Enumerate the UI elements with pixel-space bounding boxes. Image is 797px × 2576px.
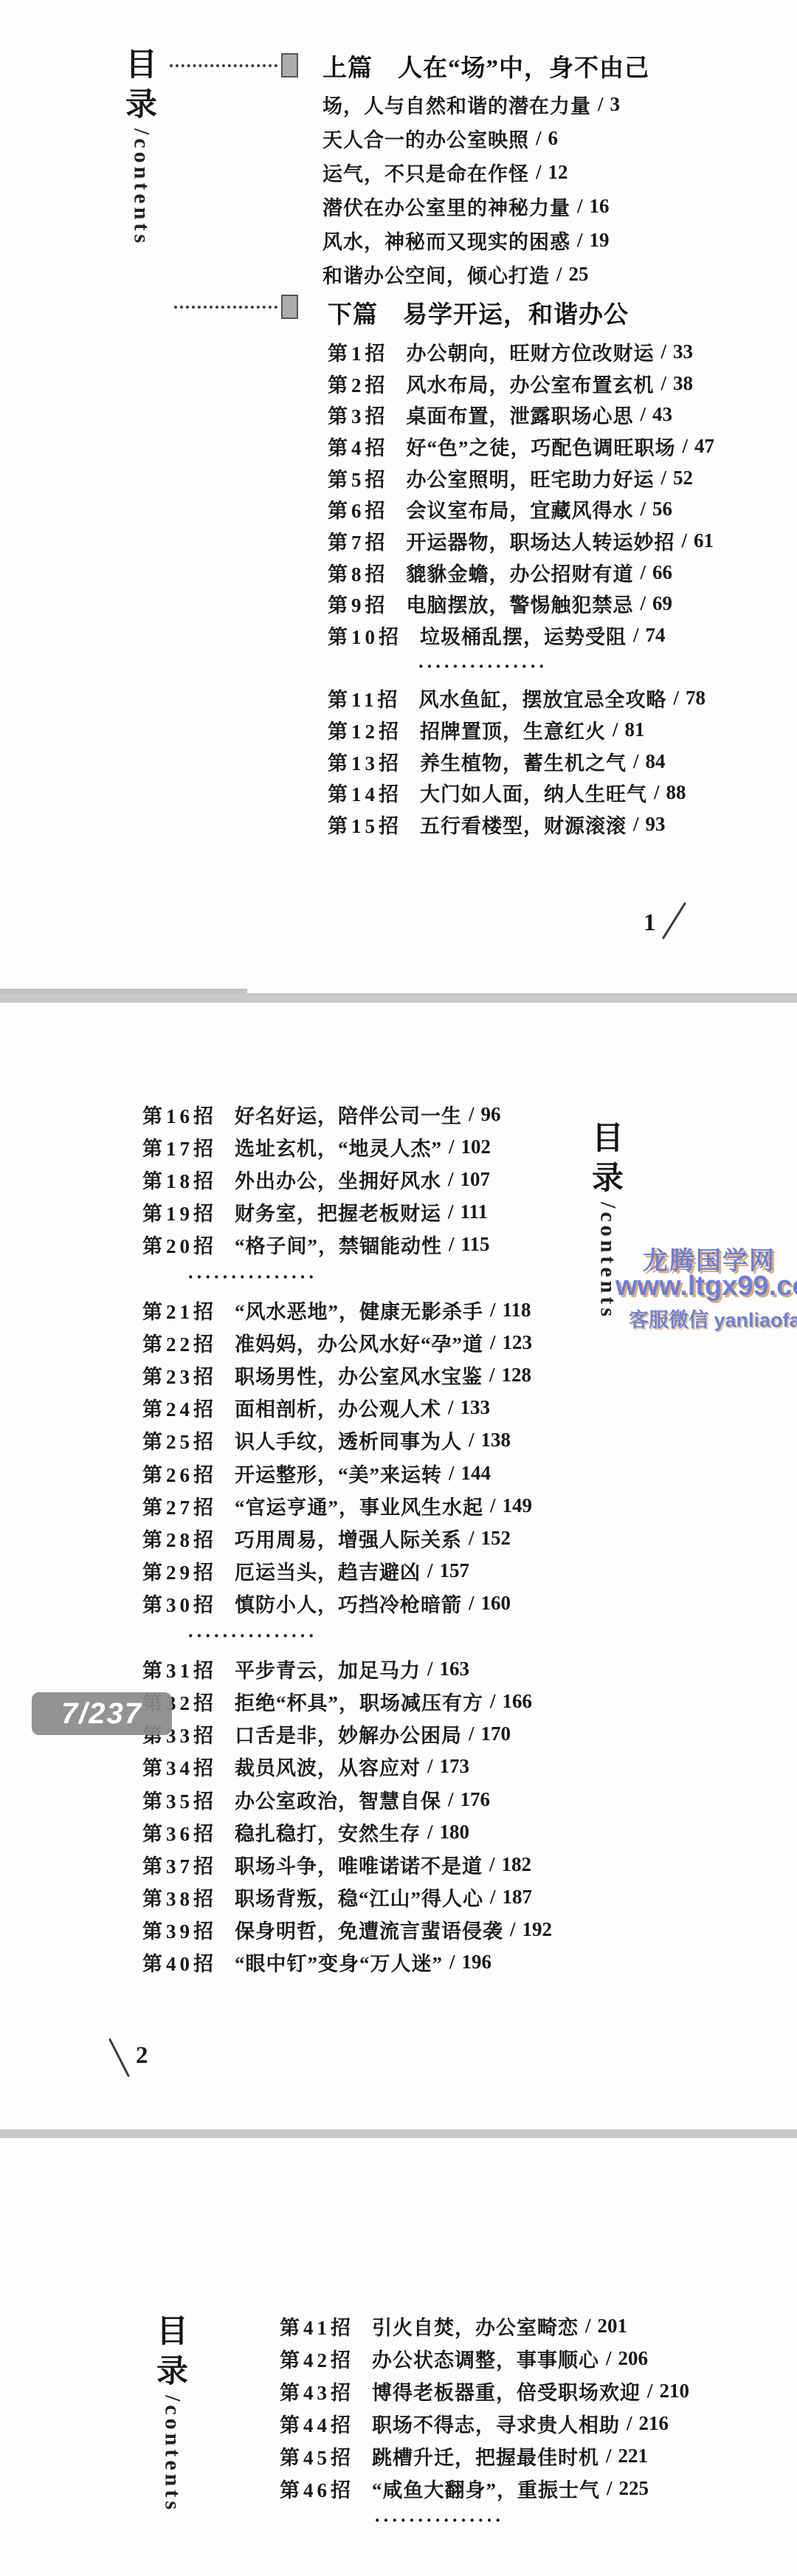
entry-separator: /: [469, 1723, 475, 1745]
page-number: 1: [644, 910, 656, 937]
contents-header-en: /contents: [596, 1202, 621, 1320]
entry-title: 职场背叛，稳“江山”得人心: [235, 1883, 483, 1912]
entry-separator: /: [510, 1918, 516, 1941]
entry-page-ref: 78: [686, 687, 705, 710]
entry-title: 养生植物，蓄生机之气: [420, 747, 627, 776]
entry-page-ref: 118: [503, 1299, 531, 1322]
entry-separator: /: [449, 1233, 455, 1256]
toc-entry: 第39招保身明哲，免遭流言蜚语侵袭/192: [142, 1914, 552, 1946]
entry-title: 平步青云，加足马力: [235, 1655, 421, 1683]
entry-title: 慎防小人，巧挡冷枪暗箭: [235, 1589, 462, 1618]
entry-page-ref: 74: [646, 624, 666, 647]
entry-separator: /: [598, 93, 604, 116]
toc-entry: 第22招准妈妈，办公风水好“孕”道/123: [142, 1326, 552, 1359]
entry-separator: /: [585, 2315, 591, 2338]
entry-title: 风水鱼缸，摆放宜忌全攻略: [419, 684, 667, 712]
toc-entry: 第24招面相剖析，办公观人术/133: [142, 1392, 552, 1424]
entry-title: 潜伏在办公室里的神秘力量: [322, 192, 570, 221]
entry-title: 好“色”之徒，巧配色调旺职场: [407, 432, 676, 461]
entry-page-ref: 96: [481, 1103, 501, 1126]
entry-page-ref: 38: [673, 372, 693, 395]
entry-page-ref: 128: [502, 1364, 532, 1387]
section-heading: 下篇 易学开运，和谐办公: [328, 295, 629, 330]
entry-separator: /: [536, 161, 542, 184]
toc-entry: 第38招职场背叛，稳“江山”得人心/187: [142, 1881, 552, 1914]
entry-label: 第28招: [142, 1524, 217, 1553]
entry-label: 第34招: [142, 1752, 217, 1781]
entry-title: 引火自焚，办公室畸恋: [372, 2312, 579, 2340]
entry-title: 面相剖析，办公观人术: [235, 1393, 441, 1422]
contents-header-cn-char: 目: [156, 2312, 188, 2352]
entry-separator: /: [536, 127, 542, 150]
entry-separator: /: [448, 1168, 454, 1191]
entry-title: 电脑摆放，警惕触犯禁忌: [407, 589, 634, 618]
entry-separator: /: [627, 2412, 632, 2435]
entry-title: “咸鱼大翻身”，重振士气: [372, 2474, 600, 2503]
entry-separator: /: [661, 372, 667, 395]
entry-separator: /: [606, 2347, 612, 2370]
entry-title: 跳槽升迁，把握最佳时机: [372, 2442, 599, 2470]
entry-label: 第31招: [142, 1655, 217, 1683]
entry-separator: /: [448, 1788, 454, 1811]
entry-separator: /: [490, 1494, 496, 1517]
toc-entry: 第35招办公室政治，智慧自保/176: [142, 1783, 552, 1816]
entry-title: “眼中钉”变身“万人迷”: [235, 1948, 443, 1976]
entry-separator: /: [577, 195, 583, 218]
entry-page-ref: 111: [460, 1201, 489, 1223]
toc-ellipsis-row: ···············: [280, 2504, 689, 2537]
entry-separator: /: [633, 750, 639, 773]
entry-title: 风水，神秘而又现实的困惑: [322, 226, 570, 255]
contents-header-cn-char: 目: [592, 1119, 624, 1159]
page-number-slash: [662, 902, 686, 940]
entry-separator: /: [469, 1429, 475, 1452]
entry-separator: /: [490, 1331, 496, 1354]
entry-separator: /: [427, 1658, 433, 1680]
entry-label: 第27招: [142, 1491, 217, 1520]
entry-title: 拒绝“杯具”，职场减压有方: [235, 1687, 483, 1716]
toc-entry: 第14招大门如人面，纳人生旺气/88: [328, 777, 714, 809]
toc-entry: 第6招会议室布局，宜藏风得水/56: [328, 493, 714, 525]
entry-title: 职场不得志，寻求贵人相助: [372, 2409, 620, 2438]
entry-title: 巧用周易，增强人际关系: [235, 1524, 462, 1553]
entry-separator: /: [489, 1853, 495, 1876]
entry-separator: /: [449, 1951, 455, 1974]
entry-page-ref: 210: [660, 2380, 690, 2402]
section-leader: [170, 53, 298, 78]
toc-entry: 第43招博得老板器重，倍受职场欢迎/210: [280, 2374, 689, 2407]
entry-page-ref: 149: [503, 1494, 533, 1517]
toc-entry: 第36招稳扎稳打，安然生存/180: [142, 1816, 552, 1848]
entry-title: 职场斗争，唯唯诺诺不是道: [235, 1850, 483, 1879]
entry-label: 第23招: [142, 1361, 217, 1390]
page-number: 2: [136, 2042, 148, 2070]
entry-title: 会议室布局，宜藏风得水: [407, 495, 634, 523]
toc-entry: 第13招养生植物，蓄生机之气/84: [328, 746, 714, 777]
entry-separator: /: [613, 718, 618, 741]
entry-title: 博得老板器重，倍受职场欢迎: [372, 2377, 641, 2405]
toc-list: 第41招引火自焚，办公室畸恋/201第42招办公状态调整，事事顺心/206第43…: [280, 2309, 689, 2537]
entry-label: 第45招: [280, 2442, 354, 2470]
entry-title: 貔貅金蟾，办公招财有道: [407, 558, 634, 587]
entry-label: 第39招: [142, 1915, 217, 1944]
entry-title: “官运亨通”，事业风生水起: [235, 1491, 483, 1520]
entry-label: 第26招: [142, 1459, 217, 1488]
entry-label: 第40招: [142, 1948, 217, 1976]
entry-page-ref: 173: [440, 1755, 470, 1778]
entry-title: 外出办公，坐拥好风水: [235, 1165, 441, 1194]
entry-separator: /: [633, 813, 639, 836]
toc-entry: 第5招办公室照明，旺宅助力好运/52: [328, 462, 714, 494]
entry-separator: /: [641, 561, 646, 584]
entry-label: 第36招: [142, 1818, 217, 1847]
toc-list: 第1招办公朝向，旺财方位改财运/33第2招风水布局，办公室布置玄机/38第3招桌…: [328, 336, 714, 840]
toc-entry: 第19招财务室，把握老板财运/111: [142, 1196, 552, 1229]
contents-header-cn-char: 录: [125, 86, 157, 126]
entry-title: 办公朝向，旺财方位改财运: [407, 337, 655, 366]
entry-title: 办公室照明，旺宅助力好运: [407, 464, 655, 492]
entry-title: 五行看楼型，财源滚滚: [420, 810, 627, 839]
entry-label: 第29招: [142, 1556, 217, 1585]
entry-label: 第37招: [142, 1850, 217, 1879]
entry-page-ref: 69: [652, 592, 672, 615]
toc-entry: 第33招口舌是非，妙解办公困局/170: [142, 1718, 552, 1751]
entry-page-ref: 123: [503, 1331, 533, 1354]
toc-entry: 天人合一的办公室映照/6: [322, 121, 620, 155]
entry-label: 第20招: [142, 1230, 217, 1259]
toc-entry: 第15招五行看楼型，财源滚滚/93: [328, 808, 714, 840]
entry-label: 第6招: [328, 495, 389, 523]
document-viewer-screen: 目 录 /contents 上篇 人在“场”中，身不由己 场，人与自然和谐的潜在…: [0, 0, 797, 2576]
entry-title: 财务室，把握老板财运: [235, 1198, 441, 1226]
entry-separator: /: [654, 781, 660, 804]
entry-title: 厄运当头，趋吉避凶: [235, 1556, 421, 1585]
toc-entry: 第8招貔貅金蟾，办公招财有道/66: [328, 557, 714, 588]
entry-title: 风水布局，办公室布置玄机: [407, 369, 655, 398]
section-box-icon: [281, 53, 298, 78]
contents-header: 目 录 /contents: [156, 2312, 188, 2513]
entry-separator: /: [633, 624, 639, 647]
entry-title: 大门如人面，纳人生旺气: [420, 778, 647, 807]
section-leader: [174, 295, 298, 319]
entry-page-ref: 81: [625, 718, 645, 741]
entry-page-ref: 84: [646, 750, 666, 773]
entry-page-ref: 144: [461, 1462, 491, 1485]
toc-entry: 第25招识人手纹，透析同事为人/138: [142, 1424, 552, 1457]
entry-label: 第38招: [142, 1883, 217, 1912]
entry-label: 第3招: [328, 400, 389, 429]
entry-page-ref: 88: [666, 781, 686, 804]
entry-label: 第8招: [328, 558, 389, 587]
entry-title: 场，人与自然和谐的潜在力量: [322, 90, 591, 119]
page-separator-bar: [0, 2129, 797, 2138]
entry-page-ref: 61: [694, 529, 714, 552]
entry-page-ref: 107: [460, 1168, 491, 1191]
entry-label: 第13招: [328, 747, 402, 776]
entry-label: 第11招: [328, 684, 401, 712]
dotted-leader-line: [174, 306, 277, 309]
entry-page-ref: 19: [590, 229, 610, 252]
entry-title: 办公室政治，智慧自保: [235, 1785, 441, 1814]
entry-separator: /: [577, 229, 583, 252]
entry-page-ref: 187: [503, 1886, 533, 1909]
entry-separator: /: [469, 1103, 475, 1126]
entry-separator: /: [490, 1886, 496, 1909]
entry-label: 第16招: [142, 1100, 217, 1129]
contents-header-cn-char: 录: [156, 2352, 188, 2392]
toc-entry: 第37招职场斗争，唯唯诺诺不是道/182: [142, 1848, 552, 1881]
contents-header-cn-char: 录: [592, 1159, 624, 1199]
entry-separator: /: [661, 467, 667, 490]
entry-page-ref: 192: [522, 1918, 553, 1941]
entry-page-ref: 66: [652, 561, 672, 584]
entry-label: 第10招: [328, 621, 402, 650]
toc-entry: 第18招外出办公，坐拥好风水/107: [142, 1163, 552, 1195]
toc-entry: 第2招风水布局，办公室布置玄机/38: [328, 368, 714, 399]
entry-page-ref: 12: [548, 161, 568, 184]
entry-separator: /: [449, 1136, 455, 1158]
entry-label: 第30招: [142, 1589, 217, 1618]
toc-ellipsis-row: ···············: [142, 1261, 552, 1294]
toc-entry: 第3招桌面布置，泄露职场心思/43: [328, 399, 714, 430]
entry-label: 第43招: [280, 2377, 354, 2405]
entry-page-ref: 6: [548, 127, 559, 150]
toc-entry: 第34招裁员风波，从容应对/173: [142, 1751, 552, 1783]
entry-separator: /: [449, 1462, 455, 1485]
entry-title: 垃圾桶乱摆，运势受阻: [420, 621, 627, 650]
entry-separator: /: [490, 1690, 496, 1713]
toc-entry: 第12招招牌置顶，生意红火/81: [328, 714, 714, 746]
entry-label: 第22招: [142, 1328, 217, 1357]
page-counter-badge: 7/237: [32, 1692, 172, 1735]
toc-entry: 第46招“咸鱼大翻身”，重振士气/225: [280, 2472, 689, 2504]
page-number-slash: [108, 2038, 130, 2077]
entry-title: 口舌是非，妙解办公困局: [235, 1720, 462, 1748]
entry-page-ref: 225: [619, 2477, 649, 2500]
entry-page-ref: 47: [694, 435, 714, 458]
entry-page-ref: 43: [652, 403, 672, 426]
entry-label: 第42招: [280, 2344, 354, 2373]
entry-page-ref: 56: [652, 498, 672, 521]
entry-title: 和谐办公空间，倾心打造: [322, 260, 550, 289]
entry-label: 第7招: [328, 526, 389, 555]
entry-page-ref: 157: [440, 1559, 470, 1582]
entry-label: 第2招: [328, 369, 389, 398]
entry-page-ref: 52: [673, 467, 693, 490]
entry-label: 第18招: [142, 1165, 217, 1194]
entry-page-ref: 16: [590, 195, 610, 218]
entry-label: 第12招: [328, 715, 402, 744]
entry-title: 招牌置顶，生意红火: [420, 715, 606, 744]
toc-entry: 第29招厄运当头，趋吉避凶/157: [142, 1555, 552, 1587]
toc-entry: 运气，不只是命在作怪/12: [322, 155, 620, 189]
section-box-icon: [281, 295, 298, 319]
toc-entry: 第42招办公状态调整，事事顺心/206: [280, 2342, 689, 2374]
page-separator-bar: [0, 993, 797, 1003]
toc-list: 第16招好名好运，陪伴公司一生/96第17招选址玄机，“地灵人杰”/102第18…: [142, 1098, 552, 1979]
dotted-leader-line: [170, 64, 277, 67]
entry-label: 第4招: [328, 432, 389, 461]
entry-page-ref: 133: [460, 1396, 491, 1419]
entry-title: 桌面布置，泄露职场心思: [407, 400, 634, 429]
toc-entry: 第11招风水鱼缸，摆放宜忌全攻略/78: [328, 683, 714, 715]
entry-title: 裁员风波，从容应对: [235, 1752, 421, 1781]
entry-separator: /: [661, 340, 667, 363]
entry-title: 开运整形，“美”来运转: [235, 1459, 442, 1488]
entry-label: 第1招: [328, 337, 389, 366]
entry-page-ref: 170: [481, 1723, 511, 1745]
entry-label: 第44招: [280, 2409, 354, 2438]
entry-separator: /: [682, 529, 688, 552]
toc-ellipsis-row: ···············: [328, 651, 714, 683]
toc-entry: 第28招巧用周易，增强人际关系/152: [142, 1522, 552, 1554]
entry-title: 运气，不只是命在作怪: [322, 158, 529, 187]
entry-title: 职场男性，办公室风水宝鉴: [235, 1361, 483, 1390]
entry-page-ref: 163: [440, 1658, 470, 1680]
contents-header-en: /contents: [129, 128, 154, 247]
entry-page-ref: 176: [460, 1788, 491, 1811]
entry-separator: /: [448, 1201, 454, 1223]
entry-separator: /: [606, 2445, 612, 2467]
entry-separator: /: [448, 1396, 454, 1419]
entry-page-ref: 216: [639, 2412, 669, 2435]
entry-separator: /: [490, 1299, 496, 1322]
entry-label: 第46招: [280, 2474, 354, 2503]
toc-entry: 第1招办公朝向，旺财方位改财运/33: [328, 336, 714, 368]
toc-entry: 场，人与自然和谐的潜在力量/3: [322, 87, 620, 121]
entry-separator: /: [427, 1821, 433, 1844]
entry-label: 第15招: [328, 810, 402, 839]
entry-title: 保身明哲，免遭流言蜚语侵袭: [235, 1915, 503, 1944]
entry-label: 第19招: [142, 1198, 217, 1226]
toc-entry: 第44招职场不得志，寻求贵人相助/216: [280, 2407, 689, 2439]
entry-label: 第5招: [328, 464, 389, 492]
entry-label: 第41招: [280, 2312, 354, 2340]
entry-label: 第24招: [142, 1393, 217, 1422]
entry-page-ref: 182: [502, 1853, 532, 1876]
entry-title: “格子间”，禁锢能动性: [235, 1230, 442, 1259]
entry-page-ref: 180: [440, 1821, 470, 1844]
contents-header-cn-char: 目: [125, 46, 157, 86]
toc-ellipsis-row: ···············: [142, 1620, 552, 1652]
entry-title: 好名好运，陪伴公司一生: [235, 1100, 462, 1129]
entry-label: 第17招: [142, 1133, 217, 1161]
entry-separator: /: [641, 403, 646, 426]
entry-separator: /: [641, 592, 646, 615]
toc-entry: 第27招“官运亨通”，事业风生水起/149: [142, 1489, 552, 1522]
toc-entry: 和谐办公空间，倾心打造/25: [322, 257, 620, 291]
toc-entry: 第23招职场男性，办公室风水宝鉴/128: [142, 1359, 552, 1392]
toc-entry: 第26招开运整形，“美”来运转/144: [142, 1457, 552, 1489]
entry-separator: /: [469, 1592, 475, 1615]
entry-page-ref: 138: [481, 1429, 511, 1452]
entry-page-ref: 160: [481, 1592, 511, 1615]
entry-label: 第9招: [328, 589, 389, 618]
contents-header-en: /contents: [160, 2395, 185, 2513]
toc-list: 场，人与自然和谐的潜在力量/3天人合一的办公室映照/6运气，不只是命在作怪/12…: [322, 87, 620, 291]
toc-entry: 第40招“眼中钉”变身“万人迷”/196: [142, 1946, 552, 1979]
entry-page-ref: 221: [618, 2445, 649, 2467]
entry-separator: /: [607, 2477, 613, 2500]
entry-title: 选址玄机，“地灵人杰”: [235, 1133, 442, 1161]
toc-entry: 第45招跳槽升迁，把握最佳时机/221: [280, 2439, 689, 2472]
entry-label: 第21招: [142, 1296, 217, 1325]
entry-separator: /: [641, 498, 646, 521]
entry-page-ref: 102: [461, 1136, 491, 1158]
entry-title: 开运器物，职场达人转运妙招: [407, 526, 675, 555]
toc-entry: 第16招好名好运，陪伴公司一生/96: [142, 1098, 552, 1130]
entry-separator: /: [674, 687, 680, 710]
entry-separator: /: [469, 1527, 475, 1550]
entry-page-ref: 166: [503, 1690, 533, 1713]
toc-entry: 第20招“格子间”，禁锢能动性/115: [142, 1229, 552, 1261]
toc-entry: 潜伏在办公室里的神秘力量/16: [322, 189, 620, 223]
entry-label: 第35招: [142, 1785, 217, 1814]
watermark-contact: 客服微信 yanliaofan225: [629, 1304, 797, 1333]
toc-entry: 第7招开运器物，职场达人转运妙招/61: [328, 525, 714, 557]
toc-entry: 风水，神秘而又现实的困惑/19: [322, 223, 620, 257]
toc-entry: 第17招选址玄机，“地灵人杰”/102: [142, 1130, 552, 1163]
entry-page-ref: 152: [481, 1527, 511, 1550]
toc-entry: 第4招好“色”之徒，巧配色调旺职场/47: [328, 430, 714, 462]
entry-page-ref: 206: [618, 2347, 649, 2370]
toc-entry: 第9招电脑摆放，警惕触犯禁忌/69: [328, 588, 714, 620]
entry-title: “风水恶地”，健康无影杀手: [235, 1296, 483, 1325]
watermark-url: www.ltgx99.com: [615, 1271, 797, 1302]
entry-title: 天人合一的办公室映照: [322, 124, 529, 153]
entry-page-ref: 33: [673, 340, 693, 363]
toc-entry: 第10招垃圾桶乱摆，运势受阻/74: [328, 619, 714, 651]
entry-page-ref: 93: [646, 813, 666, 836]
entry-page-ref: 25: [569, 263, 589, 286]
entry-page-ref: 115: [461, 1233, 490, 1256]
entry-separator: /: [489, 1364, 495, 1387]
entry-label: 第25招: [142, 1426, 217, 1454]
entry-separator: /: [683, 435, 689, 458]
entry-separator: /: [427, 1559, 433, 1582]
contents-header: 目 录 /contents: [125, 46, 157, 247]
entry-title: 办公状态调整，事事顺心: [372, 2344, 599, 2373]
entry-separator: /: [647, 2380, 653, 2402]
entry-page-ref: 201: [598, 2315, 628, 2338]
toc-entry: 第30招慎防小人，巧挡冷枪暗箭/160: [142, 1587, 552, 1620]
toc-entry: 第41招引火自焚，办公室畸恋/201: [280, 2309, 689, 2342]
toc-entry: 第31招平步青云，加足马力/163: [142, 1652, 552, 1685]
entry-separator: /: [427, 1755, 433, 1778]
entry-separator: /: [556, 263, 562, 286]
toc-entry: 第21招“风水恶地”，健康无影杀手/118: [142, 1294, 552, 1326]
entry-page-ref: 3: [610, 93, 621, 116]
toc-entry: 第32招拒绝“杯具”，职场减压有方/166: [142, 1685, 552, 1717]
page-separator-shade: [0, 989, 247, 994]
section-heading: 上篇 人在“场”中，身不由己: [322, 49, 649, 83]
entry-label: 第14招: [328, 778, 402, 807]
entry-page-ref: 196: [462, 1951, 492, 1974]
entry-title: 识人手纹，透析同事为人: [235, 1426, 462, 1454]
entry-title: 稳扎稳打，安然生存: [235, 1818, 421, 1847]
entry-title: 准妈妈，办公风水好“孕”道: [235, 1328, 483, 1357]
